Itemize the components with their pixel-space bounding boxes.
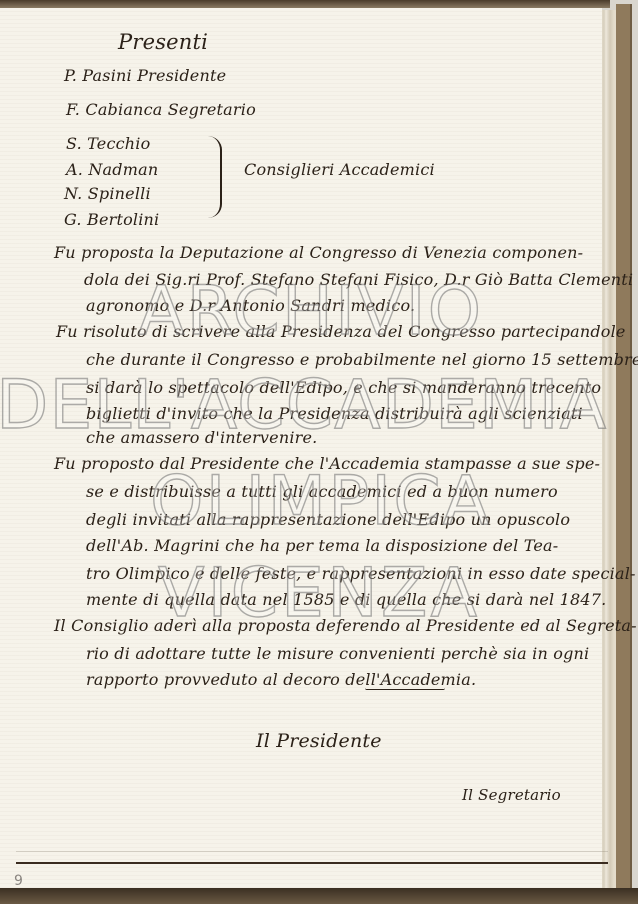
attendance-heading: Presenti — [118, 30, 208, 54]
member-name-text: F. Cabianca — [66, 100, 162, 119]
manuscript-page: Presenti P. Pasini Presidente F. Cabianc… — [0, 8, 602, 888]
faint-ruled-line — [16, 851, 608, 852]
body-line: che durante il Congresso e probabilmente… — [86, 350, 638, 369]
body-line: rapporto provveduto al decoro dell'Accad… — [86, 670, 476, 689]
body-line: dell'Ab. Magrini che ha per tema la disp… — [86, 536, 558, 555]
body-line: dola dei Sig.ri Prof. Stefano Stefani Fi… — [84, 270, 633, 289]
body-line: se e distribuisse a tutti gli accademici… — [86, 482, 558, 501]
body-line: biglietti d'invito che la Presidenza dis… — [86, 404, 583, 423]
council-label: Consiglieri Accademici — [244, 160, 435, 179]
body-line: degli invitati alla rappresentazione del… — [86, 510, 570, 529]
member-name: P. Pasini Presidente — [64, 66, 226, 85]
body-line: si darà lo spettacolo dell'Edipo, e che … — [86, 378, 601, 397]
member-name: N. Spinelli — [64, 184, 151, 203]
member-name-text: P. Pasini — [64, 66, 132, 85]
body-line: agronomo e D.r Antonio Sandri medico. — [86, 296, 415, 315]
page-edges — [600, 10, 616, 888]
body-line: tro Olimpico e delle feste, e rappresent… — [86, 564, 636, 583]
member-role: Segretario — [168, 100, 256, 119]
body-line: Fu proposto dal Presidente che l'Accadem… — [54, 454, 600, 473]
body-line: mente di quella data nel 1585 e di quell… — [86, 590, 606, 609]
member-name: A. Nadman — [66, 160, 158, 179]
folio-number: 9 — [14, 873, 23, 889]
body-line: Fu risoluto di scrivere alla Presidenza … — [56, 322, 626, 341]
member-name: S. Tecchio — [66, 134, 150, 153]
book-top-edge — [0, 0, 610, 8]
book-cover-spine — [616, 4, 632, 896]
body-line: rio di adottare tutte le misure convenie… — [86, 644, 589, 663]
grouping-brace — [208, 136, 222, 218]
member-name: G. Bertolini — [64, 210, 159, 229]
manuscript-scan: Presenti P. Pasini Presidente F. Cabianc… — [0, 0, 638, 904]
president-signature-label: Il Presidente — [256, 730, 382, 752]
bottom-ruled-line — [16, 862, 608, 864]
book-bottom-edge — [0, 888, 638, 904]
body-line: Il Consiglio aderì alla proposta deferen… — [54, 616, 637, 635]
body-line: che amassero d'intervenire. — [86, 428, 317, 447]
member-role: Presidente — [137, 66, 226, 85]
member-name: F. Cabianca Segretario — [66, 100, 256, 119]
secretary-signature-label: Il Segretario — [462, 786, 561, 804]
closing-flourish — [365, 688, 445, 690]
body-line: Fu proposta la Deputazione al Congresso … — [54, 243, 583, 262]
